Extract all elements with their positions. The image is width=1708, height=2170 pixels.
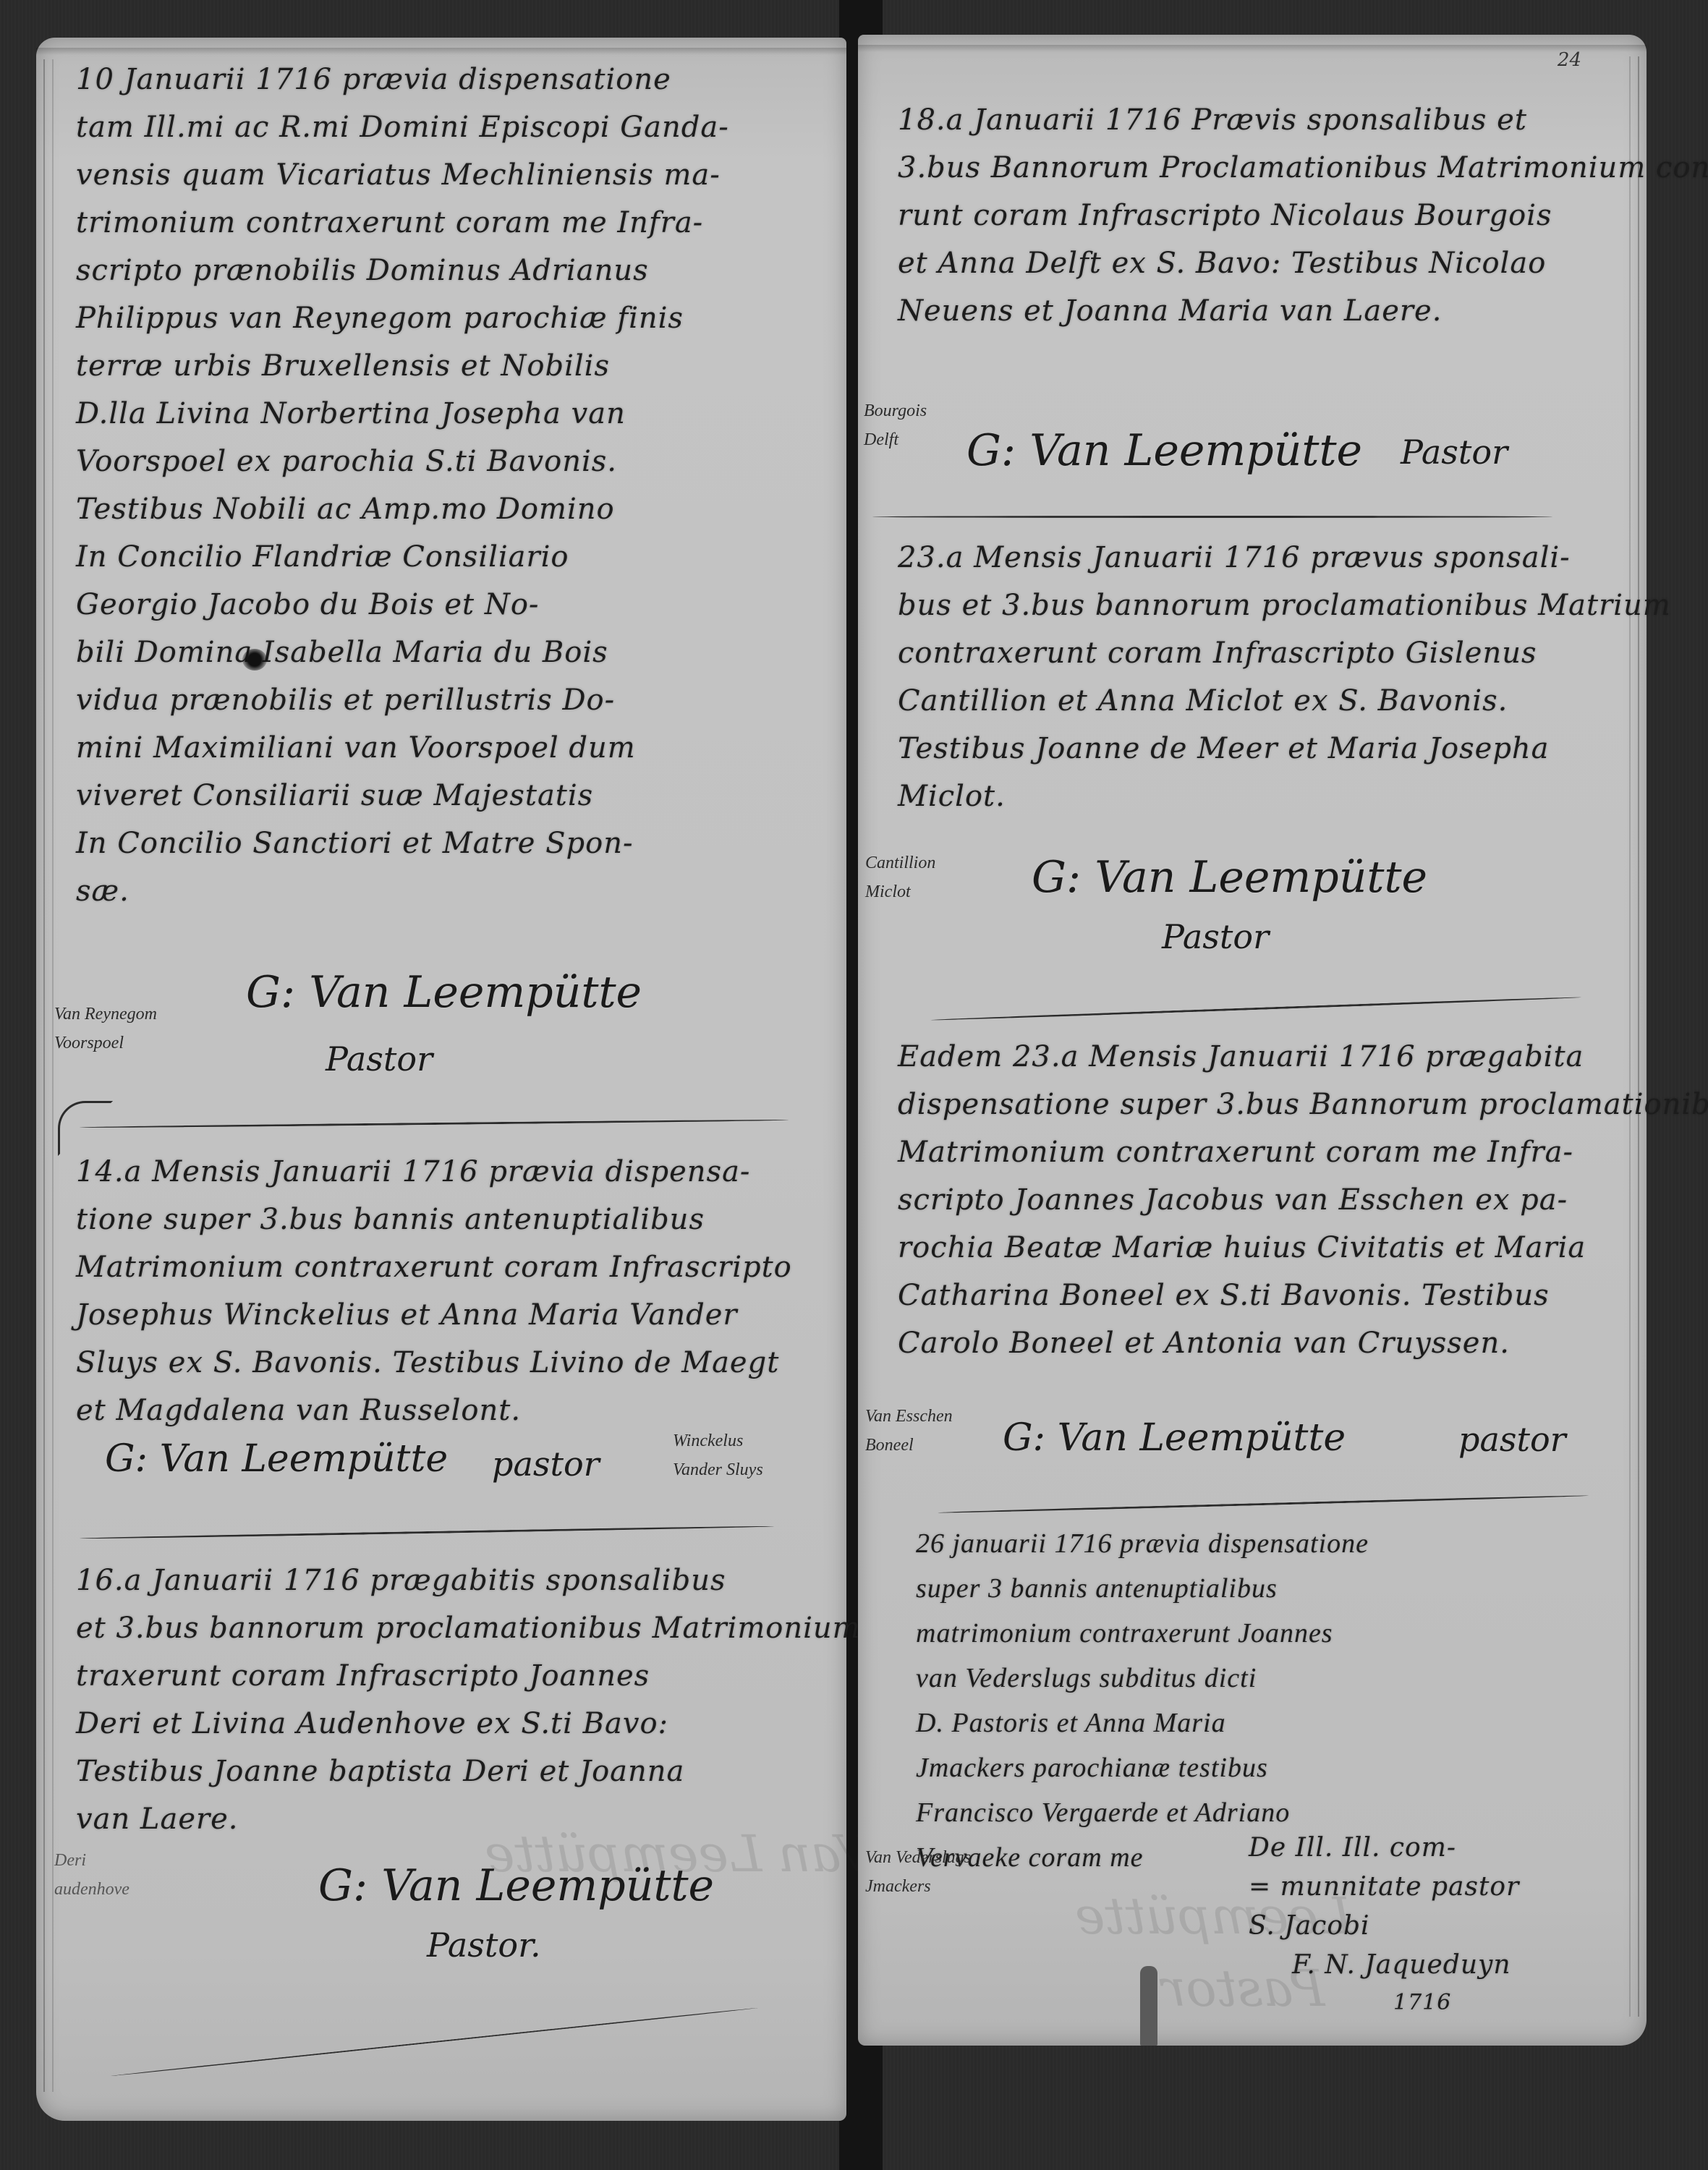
entry-line: Sluys ex S. Bavonis. Testibus Livino de … (76, 1339, 799, 1387)
pastor-signature: G: Van Leempütte (105, 1437, 448, 1481)
marriage-entry-eadem-23-jan: Eadem 23.a Mensis Januarii 1716 prægabit… (898, 1033, 1607, 1367)
entry-divider (930, 996, 1581, 1021)
entry-line: Carolo Boneel et Antonia van Cruyssen. (898, 1319, 1607, 1367)
pastor-title: Pastor. (427, 1926, 541, 1965)
entry-line: 26 januarii 1716 prævia dispensatione (916, 1521, 1625, 1566)
entry-line: trimonium contraxerunt coram me Infra- (76, 199, 799, 247)
entry-line: matrimonium contraxerunt Joannes (916, 1611, 1625, 1656)
entry-line: contraxerunt coram Infrascripto Gislenus (898, 629, 1607, 677)
entry-line: 23.a Mensis Januarii 1716 prævus sponsal… (898, 534, 1607, 582)
entry-line: Testibus Joanne de Meer et Maria Josepha (898, 725, 1607, 773)
pastor-title: Pastor (326, 1039, 433, 1078)
entry-line: scripto Joannes Jacobus van Esschen ex p… (898, 1176, 1607, 1224)
entry-line: Georgio Jacobo du Bois et No- (76, 581, 799, 629)
entry-line: Eadem 23.a Mensis Januarii 1716 prægabit… (898, 1033, 1607, 1081)
entry-line: Deri et Livina Audenhove ex S.ti Bavo: (76, 1700, 799, 1748)
entry-divider (872, 516, 1552, 518)
entry-line: Miclot. (898, 773, 1607, 820)
marriage-entry-14-jan: 14.a Mensis Januarii 1716 prævia dispens… (76, 1148, 799, 1434)
margin-note-names: Van Esschen Boneel (865, 1402, 953, 1460)
entry-divider (80, 1526, 774, 1540)
ink-blot (242, 649, 267, 671)
entry-line: viveret Consiliarii suæ Majestatis (76, 772, 799, 820)
pastor-signature: G: Van Leempütte (318, 1860, 714, 1911)
entry-line: 10 Januarii 1716 prævia dispensatione (76, 56, 799, 103)
signature-line: F. N. Jaqueduyn (1249, 1946, 1610, 1985)
folio-number: 24 (1558, 49, 1581, 71)
entry-line: Catharina Boneel ex S.ti Bavonis. Testib… (898, 1272, 1607, 1319)
pastor-title: Pastor (1162, 917, 1269, 956)
entry-line: Neuens et Joanna Maria van Laere. (898, 287, 1607, 335)
entry-divider (938, 1494, 1589, 1514)
entry-line: 16.a Januarii 1716 prægabitis sponsalibu… (76, 1557, 799, 1604)
entry-line: D.lla Livina Norbertina Josepha van (76, 390, 799, 438)
marriage-entry-18-jan: 18.a Januarii 1716 Prævis sponsalibus et… (898, 96, 1607, 335)
entry-line: In Concilio Sanctiori et Matre Spon- (76, 820, 799, 867)
left-page: Van Leempütte 10 Januarii 1716 prævia di… (36, 38, 846, 2121)
entry-line: super 3 bannis antenuptialibus (916, 1566, 1625, 1611)
entry-line: traxerunt coram Infrascripto Joannes (76, 1652, 799, 1700)
signature-line: De Ill. Ill. com- (1249, 1829, 1610, 1868)
entry-line: bili Domina Isabella Maria du Bois (76, 629, 799, 676)
pastor-signature: G: Van Leempütte (1003, 1416, 1346, 1460)
entry-line: 3.bus Bannorum Proclamationibus Matrimon… (898, 144, 1607, 192)
margin-note-names: Van Reynegom Voorspoel (54, 1000, 157, 1058)
margin-note-names: Bourgois Delft (864, 396, 927, 454)
pastor-signature: G: Van Leempütte (246, 967, 642, 1018)
entry-line: tione super 3.bus bannis antenuptialibus (76, 1196, 799, 1243)
entry-line: Cantillion et Anna Miclot ex S. Bavonis. (898, 677, 1607, 725)
marriage-entry-26-jan: 26 januarii 1716 prævia dispensatione su… (916, 1521, 1625, 1880)
marriage-entry-23-jan: 23.a Mensis Januarii 1716 prævus sponsal… (898, 534, 1607, 820)
entry-line: In Concilio Flandriæ Consiliario (76, 533, 799, 581)
pastor-signature: G: Van Leempütte (1032, 852, 1427, 903)
entry-line: Testibus Joanne baptista Deri et Joanna (76, 1748, 799, 1795)
margin-note-names: Winckelus Vander Sluys (673, 1426, 763, 1484)
closing-flourish (110, 2007, 757, 2077)
entry-line: scripto prænobilis Dominus Adrianus (76, 247, 799, 294)
margin-note-names: Deri audenhove (54, 1846, 129, 1904)
entry-line: Matrimonium contraxerunt coram Infrascri… (76, 1243, 799, 1291)
signature-line: 1716 (1249, 1985, 1610, 2021)
margin-note-names: Van Vederslugs Jmackers (865, 1843, 971, 1901)
entry-divider (80, 1119, 789, 1128)
pastor-title: pastor (1458, 1420, 1566, 1459)
pastor-title: pastor (492, 1444, 600, 1484)
entry-line: vensis quam Vicariatus Mechliniensis ma- (76, 151, 799, 199)
entry-line: Voorspoel ex parochia S.ti Bavonis. (76, 438, 799, 485)
margin-note-names: Cantillion Miclot (865, 848, 935, 906)
entry-line: terræ urbis Bruxellensis et Nobilis (76, 342, 799, 390)
entry-line: mini Maximiliani van Voorspoel dum (76, 724, 799, 772)
entry-line: tam Ill.mi ac R.mi Domini Episcopi Ganda… (76, 103, 799, 151)
entry-line: bus et 3.bus bannorum proclamationibus M… (898, 582, 1607, 629)
marriage-entry-16-jan: 16.a Januarii 1716 prægabitis sponsalibu… (76, 1557, 799, 1843)
ink-drip (1140, 1966, 1157, 2046)
entry-line: D. Pastoris et Anna Maria (916, 1701, 1625, 1745)
entry-line: Matrimonium contraxerunt coram me Infra- (898, 1128, 1607, 1176)
entry-line: et 3.bus bannorum proclamationibus Matri… (76, 1604, 799, 1652)
entry-line: 18.a Januarii 1716 Prævis sponsalibus et (898, 96, 1607, 144)
entry-line: sæ. (76, 867, 799, 915)
entry-line: Josephus Winckelius et Anna Maria Vander (76, 1291, 799, 1339)
entry-line: dispensatione super 3.bus Bannorum procl… (898, 1081, 1607, 1128)
entry-line: vidua prænobilis et perillustris Do- (76, 676, 799, 724)
entry-line: van Vederslugs subditus dicti (916, 1656, 1625, 1701)
pastor-signature: G: Van Leempütte (966, 425, 1362, 476)
marriage-entry-10-jan: 10 Januarii 1716 prævia dispensatione ta… (76, 56, 799, 915)
entry-line: van Laere. (76, 1795, 799, 1843)
pastor-title: Pastor (1401, 433, 1508, 472)
curate-signature-block: De Ill. Ill. com- = munnitate pastor S. … (1249, 1829, 1610, 2021)
entry-line: et Anna Delft ex S. Bavo: Testibus Nicol… (898, 239, 1607, 287)
signature-line: S. Jacobi (1249, 1907, 1610, 1946)
entry-line: 14.a Mensis Januarii 1716 prævia dispens… (76, 1148, 799, 1196)
entry-line: runt coram Infrascripto Nicolaus Bourgoi… (898, 192, 1607, 239)
signature-line: = munnitate pastor (1249, 1868, 1610, 1907)
entry-line: Philippus van Reynegom parochiæ finis (76, 294, 799, 342)
entry-line: rochia Beatæ Mariæ huius Civitatis et Ma… (898, 1224, 1607, 1272)
entry-line: Testibus Nobili ac Amp.mo Domino (76, 485, 799, 533)
right-page: 24 Leempütte Pastor 18.a Januarii 1716 P… (858, 35, 1647, 2046)
entry-line: Jmackers parochianæ testibus (916, 1745, 1625, 1790)
